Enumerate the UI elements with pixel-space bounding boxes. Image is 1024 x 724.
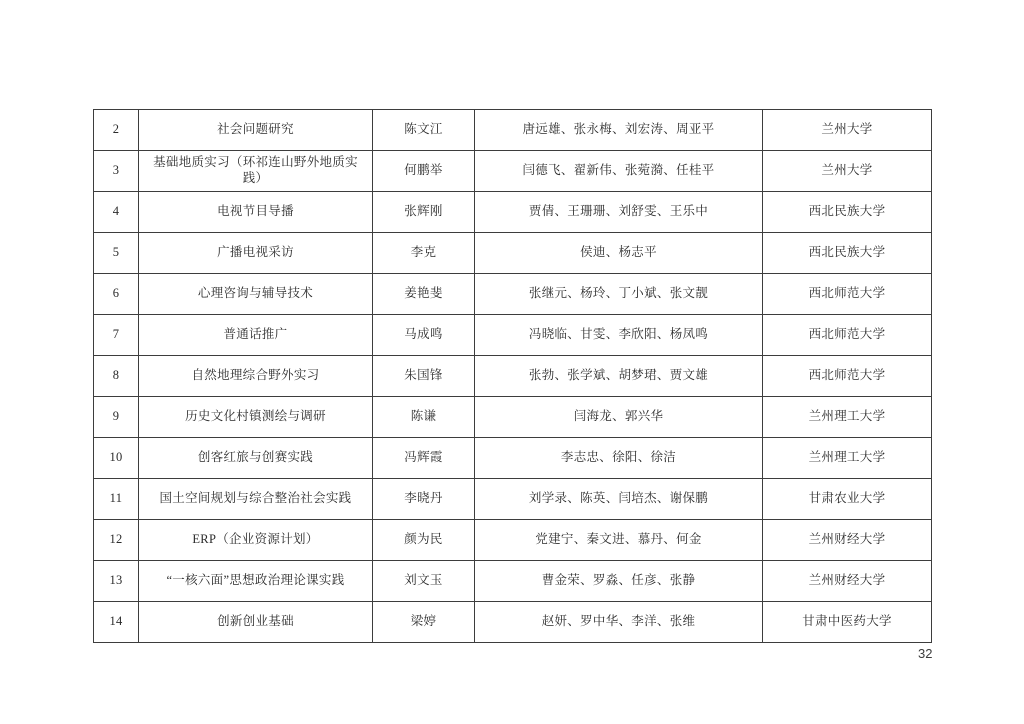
document-page: 2社会问题研究陈文江唐远雄、张永梅、刘宏涛、周亚平兰州大学3基础地质实习（环祁连… (0, 0, 1024, 724)
table-row: 11国土空间规划与综合整治社会实践李晓丹刘学录、陈英、闫培杰、谢保鹏甘肃农业大学 (94, 479, 932, 520)
team-members-cell: 刘学录、陈英、闫培杰、谢保鹏 (475, 479, 763, 520)
leader-name-cell: 何鹏举 (373, 151, 475, 192)
university-cell: 兰州财经大学 (763, 520, 932, 561)
course-name-cell: 基础地质实习（环祁连山野外地质实践） (139, 151, 373, 192)
table-row: 5广播电视采访李克侯迪、杨志平西北民族大学 (94, 233, 932, 274)
leader-name-cell: 张辉刚 (373, 192, 475, 233)
table-row: 13“一核六面”思想政治理论课实践刘文玉曹金荣、罗淼、任彦、张静兰州财经大学 (94, 561, 932, 602)
course-name-cell: 历史文化村镇测绘与调研 (139, 397, 373, 438)
table-row: 6心理咨询与辅导技术姜艳斐张继元、杨玲、丁小斌、张文靓西北师范大学 (94, 274, 932, 315)
course-name-cell: 创客红旅与创赛实践 (139, 438, 373, 479)
row-number-cell: 7 (94, 315, 139, 356)
team-members-cell: 李志忠、徐阳、徐洁 (475, 438, 763, 479)
leader-name-cell: 陈谦 (373, 397, 475, 438)
team-members-cell: 侯迪、杨志平 (475, 233, 763, 274)
leader-name-cell: 陈文江 (373, 110, 475, 151)
row-number-cell: 3 (94, 151, 139, 192)
row-number-cell: 6 (94, 274, 139, 315)
course-name-cell: 社会问题研究 (139, 110, 373, 151)
university-cell: 西北师范大学 (763, 356, 932, 397)
university-cell: 甘肃农业大学 (763, 479, 932, 520)
row-number-cell: 4 (94, 192, 139, 233)
course-name-cell: 自然地理综合野外实习 (139, 356, 373, 397)
team-members-cell: 唐远雄、张永梅、刘宏涛、周亚平 (475, 110, 763, 151)
team-members-cell: 党建宁、秦文进、慕丹、何金 (475, 520, 763, 561)
university-cell: 兰州大学 (763, 110, 932, 151)
table-row: 4电视节目导播张辉刚贾倩、王珊珊、刘舒雯、王乐中西北民族大学 (94, 192, 932, 233)
row-number-cell: 13 (94, 561, 139, 602)
row-number-cell: 11 (94, 479, 139, 520)
row-number-cell: 9 (94, 397, 139, 438)
course-name-cell: ERP（企业资源计划） (139, 520, 373, 561)
university-cell: 兰州理工大学 (763, 397, 932, 438)
team-members-cell: 闫德飞、翟新伟、张菀漪、任桂平 (475, 151, 763, 192)
course-name-cell: 创新创业基础 (139, 602, 373, 643)
university-cell: 兰州理工大学 (763, 438, 932, 479)
table-row: 12ERP（企业资源计划）颜为民党建宁、秦文进、慕丹、何金兰州财经大学 (94, 520, 932, 561)
page-number: 32 (918, 646, 932, 661)
university-cell: 甘肃中医药大学 (763, 602, 932, 643)
table-row: 10创客红旅与创赛实践冯辉霞李志忠、徐阳、徐洁兰州理工大学 (94, 438, 932, 479)
leader-name-cell: 冯辉霞 (373, 438, 475, 479)
courses-table: 2社会问题研究陈文江唐远雄、张永梅、刘宏涛、周亚平兰州大学3基础地质实习（环祁连… (93, 109, 932, 643)
course-name-cell: “一核六面”思想政治理论课实践 (139, 561, 373, 602)
university-cell: 西北师范大学 (763, 315, 932, 356)
university-cell: 兰州财经大学 (763, 561, 932, 602)
leader-name-cell: 朱国锋 (373, 356, 475, 397)
team-members-cell: 张勃、张学斌、胡梦珺、贾文雄 (475, 356, 763, 397)
leader-name-cell: 刘文玉 (373, 561, 475, 602)
course-name-cell: 电视节目导播 (139, 192, 373, 233)
leader-name-cell: 李克 (373, 233, 475, 274)
university-cell: 兰州大学 (763, 151, 932, 192)
university-cell: 西北民族大学 (763, 233, 932, 274)
course-name-cell: 国土空间规划与综合整治社会实践 (139, 479, 373, 520)
row-number-cell: 5 (94, 233, 139, 274)
row-number-cell: 10 (94, 438, 139, 479)
leader-name-cell: 颜为民 (373, 520, 475, 561)
team-members-cell: 张继元、杨玲、丁小斌、张文靓 (475, 274, 763, 315)
team-members-cell: 贾倩、王珊珊、刘舒雯、王乐中 (475, 192, 763, 233)
row-number-cell: 2 (94, 110, 139, 151)
team-members-cell: 赵妍、罗中华、李洋、张维 (475, 602, 763, 643)
table-row: 8自然地理综合野外实习朱国锋张勃、张学斌、胡梦珺、贾文雄西北师范大学 (94, 356, 932, 397)
table-row: 7普通话推广马成鸣冯晓临、甘雯、李欣阳、杨凤鸣西北师范大学 (94, 315, 932, 356)
table-row: 9历史文化村镇测绘与调研陈谦闫海龙、郭兴华兰州理工大学 (94, 397, 932, 438)
leader-name-cell: 姜艳斐 (373, 274, 475, 315)
table-row: 2社会问题研究陈文江唐远雄、张永梅、刘宏涛、周亚平兰州大学 (94, 110, 932, 151)
team-members-cell: 闫海龙、郭兴华 (475, 397, 763, 438)
leader-name-cell: 马成鸣 (373, 315, 475, 356)
leader-name-cell: 李晓丹 (373, 479, 475, 520)
university-cell: 西北师范大学 (763, 274, 932, 315)
team-members-cell: 冯晓临、甘雯、李欣阳、杨凤鸣 (475, 315, 763, 356)
row-number-cell: 14 (94, 602, 139, 643)
leader-name-cell: 梁婷 (373, 602, 475, 643)
course-name-cell: 心理咨询与辅导技术 (139, 274, 373, 315)
table-row: 14创新创业基础梁婷赵妍、罗中华、李洋、张维甘肃中医药大学 (94, 602, 932, 643)
courses-table-body: 2社会问题研究陈文江唐远雄、张永梅、刘宏涛、周亚平兰州大学3基础地质实习（环祁连… (94, 110, 932, 643)
row-number-cell: 12 (94, 520, 139, 561)
team-members-cell: 曹金荣、罗淼、任彦、张静 (475, 561, 763, 602)
table-row: 3基础地质实习（环祁连山野外地质实践）何鹏举闫德飞、翟新伟、张菀漪、任桂平兰州大… (94, 151, 932, 192)
row-number-cell: 8 (94, 356, 139, 397)
university-cell: 西北民族大学 (763, 192, 932, 233)
course-name-cell: 广播电视采访 (139, 233, 373, 274)
course-name-cell: 普通话推广 (139, 315, 373, 356)
